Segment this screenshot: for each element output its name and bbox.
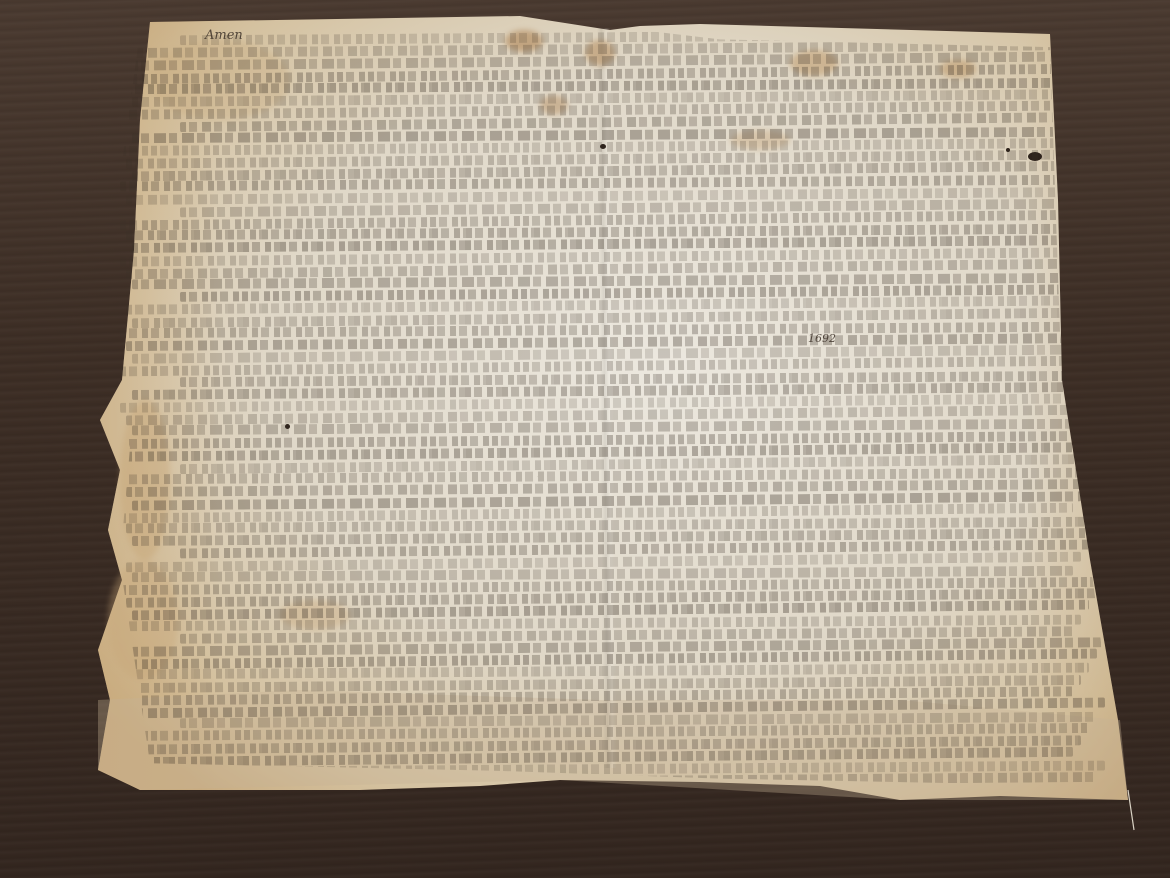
opening-word: Amen bbox=[205, 28, 243, 43]
date-fragment: 1692 bbox=[808, 332, 836, 345]
handwritten-text-block bbox=[120, 24, 1120, 794]
parchment-document: Amen 1692 bbox=[0, 0, 1170, 878]
